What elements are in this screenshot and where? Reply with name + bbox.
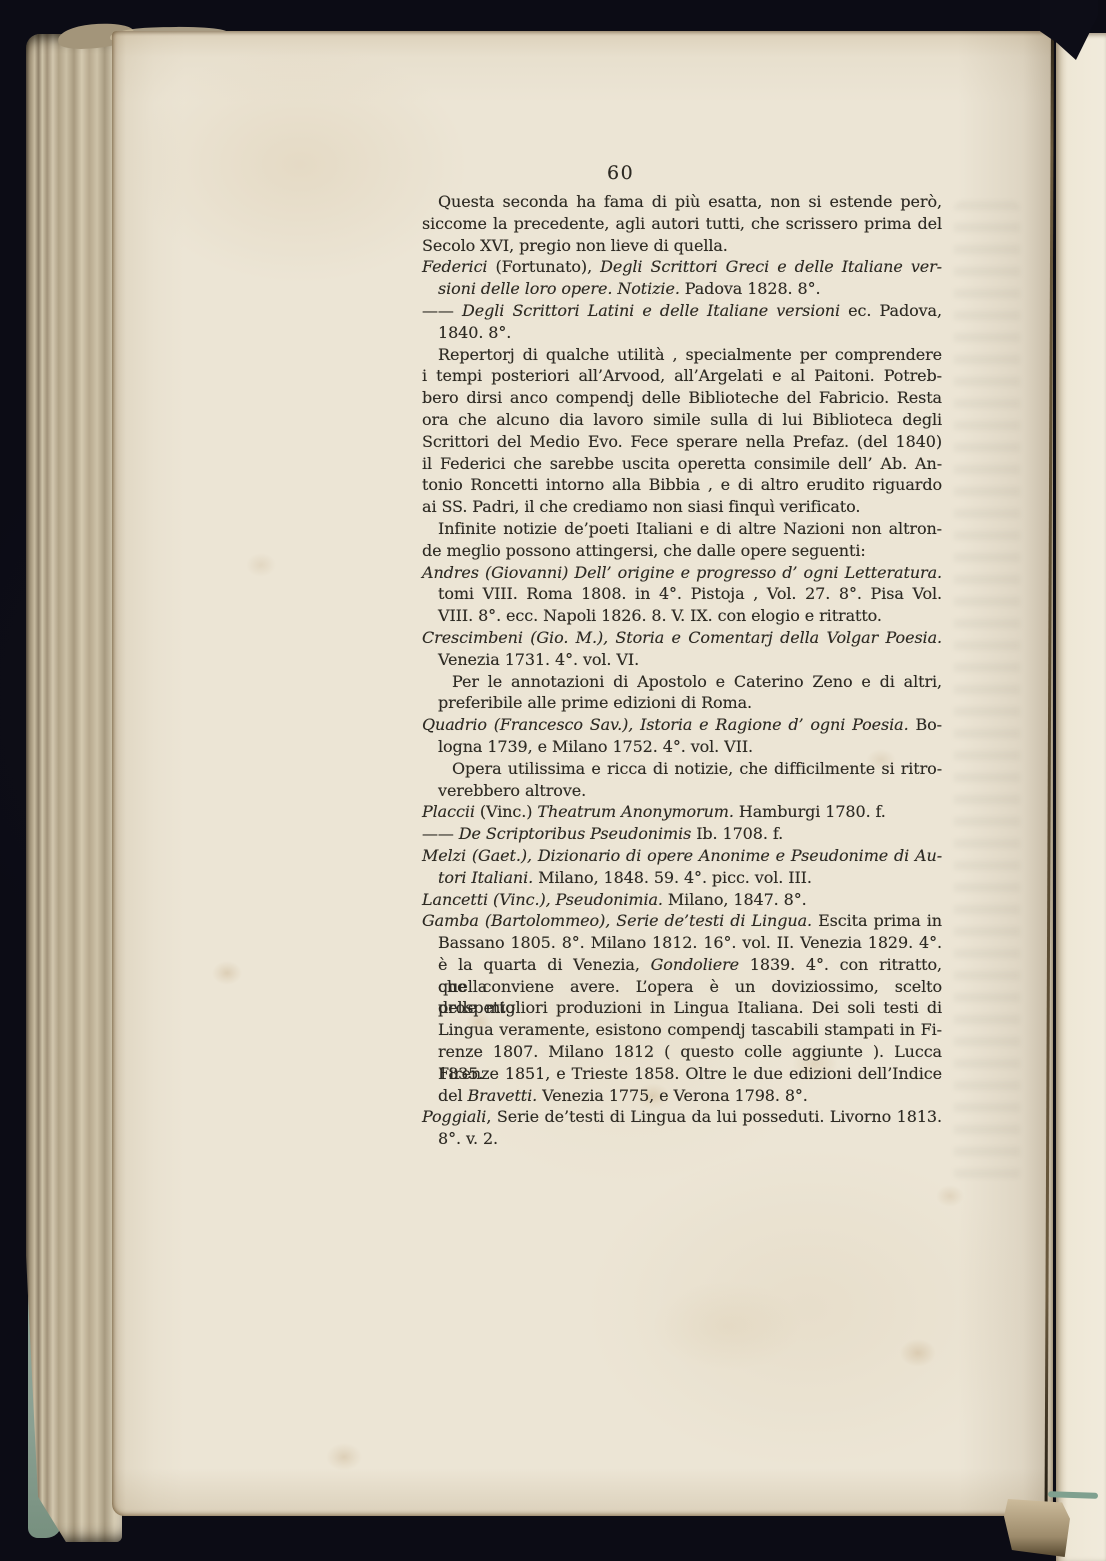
text-run: siccome la precedente, agli autori tutti…: [422, 214, 942, 233]
text-line-2: siccome la precedente, agli autori tutti…: [422, 213, 942, 235]
text-line-40: renze 1807. Milano 1812 ( questo colle a…: [422, 1041, 942, 1063]
text-line-9: i tempi posteriori all’Arvood, all’Argel…: [422, 365, 942, 387]
text-line-24: preferibile alle prime edizioni di Roma.: [422, 692, 942, 714]
text-run: Secolo XVI, pregio non lieve di quella.: [422, 236, 728, 255]
book-scan-background: 60 Questa seconda ha fama di più esatta,…: [0, 0, 1106, 1561]
foxing-stain: [900, 1339, 936, 1367]
text-run: Repertorj di qualche utilità , specialme…: [438, 345, 942, 364]
foxing-stain: [652, 1281, 802, 1371]
text-line-3: Secolo XVI, pregio non lieve di quella.: [422, 235, 942, 257]
text-run: Escita prima in: [812, 911, 942, 930]
text-run: Venezia 1775, e Verona 1798. 8°.: [537, 1086, 808, 1105]
text-line-11: ora che alcuno dia lavoro simile sulla d…: [422, 409, 942, 431]
italic-text-run: Melzi (Gaet.), Dizionario di opere Anoni…: [422, 846, 942, 865]
text-run: (Fortunato),: [487, 257, 600, 276]
italic-text-run: Crescimbeni (Gio. M.), Storia e Comentar…: [422, 628, 942, 647]
text-run: ora che alcuno dia lavoro simile sulla d…: [422, 410, 942, 429]
text-line-14: tonio Roncetti intorno alla Bibbia , e d…: [422, 474, 942, 496]
foxing-stain: [326, 1443, 362, 1471]
text-run: il Federici che sarebbe uscita operetta …: [422, 454, 942, 473]
italic-text-run: Gamba (Bartolommeo), Serie de’testi di L…: [422, 911, 812, 930]
text-run: Milano, 1847. 8°.: [663, 890, 807, 909]
text-line-42: del Bravetti. Venezia 1775, e Verona 179…: [422, 1085, 942, 1107]
text-run: 8°. v. 2.: [438, 1129, 498, 1148]
text-line-41: Firenze 1851, e Trieste 1858. Oltre le d…: [422, 1063, 942, 1085]
text-line-5: sioni delle loro opere. Notizie. Padova …: [422, 278, 942, 300]
page-number: 60: [607, 162, 634, 184]
italic-text-run: tori Italiani.: [438, 868, 533, 887]
show-through-smudge: [954, 201, 1020, 1181]
text-line-25: Quadrio (Francesco Sav.), Istoria e Ragi…: [422, 714, 942, 736]
text-run: VIII. 8°. ecc. Napoli 1826. 8. V. IX. co…: [438, 606, 882, 625]
foxing-stain: [246, 553, 276, 577]
italic-text-run: Lancetti (Vinc.), Pseudonimia.: [422, 890, 663, 909]
text-line-31: Melzi (Gaet.), Dizionario di opere Anoni…: [422, 845, 942, 867]
text-line-1: Questa seconda ha fama di più esatta, no…: [422, 191, 942, 213]
page-text-block: Questa seconda ha fama di più esatta, no…: [422, 191, 942, 1150]
text-run: Venezia 1731. 4°. vol. VI.: [438, 650, 639, 669]
text-line-26: logna 1739, e Milano 1752. 4°. vol. VII.: [422, 736, 942, 758]
text-run: logna 1739, e Milano 1752. 4°. vol. VII.: [438, 737, 753, 756]
text-run: delle migliori produzioni in Lingua Ital…: [438, 998, 942, 1017]
text-run: ai SS. Padri, il che crediamo non siasi …: [422, 497, 860, 516]
text-line-7: 1840. 8°.: [422, 322, 942, 344]
text-line-39: Lingua veramente, esistono compendj tasc…: [422, 1019, 942, 1041]
text-line-37: che conviene avere. L’opera è un dovizio…: [422, 976, 942, 998]
text-line-35: Bassano 1805. 8°. Milano 1812. 16°. vol.…: [422, 932, 942, 954]
text-run: Firenze 1851, e Trieste 1858. Oltre le d…: [438, 1064, 942, 1083]
italic-text-run: Andres (Giovanni) Dell’ origine e progre…: [422, 563, 942, 582]
text-run: ——: [422, 824, 459, 843]
italic-text-run: De Scriptoribus Pseudonimis: [459, 824, 691, 843]
text-run: 1840. 8°.: [438, 323, 511, 342]
foxing-stain: [936, 1185, 964, 1207]
text-line-6: —— Degli Scrittori Latini e delle Italia…: [422, 300, 942, 322]
gutter-bottom-pages: [1004, 1499, 1070, 1557]
text-run: è la quarta di Venezia,: [438, 955, 651, 974]
text-run: Bassano 1805. 8°. Milano 1812. 16°. vol.…: [438, 933, 942, 952]
text-line-36: è la quarta di Venezia, Gondoliere 1839.…: [422, 954, 942, 976]
text-line-12: Scrittori del Medio Evo. Fece sperare ne…: [422, 431, 942, 453]
italic-text-run: Gondoliere: [651, 955, 739, 974]
italic-text-run: sioni delle loro opere. Notizie.: [438, 279, 680, 298]
text-line-10: bero dirsi anco compendj delle Bibliotec…: [422, 387, 942, 409]
text-line-34: Gamba (Bartolommeo), Serie de’testi di L…: [422, 910, 942, 932]
text-line-21: Crescimbeni (Gio. M.), Storia e Comentar…: [422, 627, 942, 649]
text-run: Ib. 1708. f.: [691, 824, 783, 843]
text-line-28: verebbero altrove.: [422, 780, 942, 802]
text-run: Questa seconda ha fama di più esatta, no…: [438, 192, 942, 211]
text-line-27: Opera utilissima e ricca di notizie, che…: [422, 758, 942, 780]
italic-text-run: Degli Scrittori Greci e delle Italiane v…: [600, 257, 942, 276]
text-run: verebbero altrove.: [438, 781, 586, 800]
book-page: 60 Questa seconda ha fama di più esatta,…: [112, 31, 1053, 1516]
text-run: preferibile alle prime edizioni di Roma.: [438, 693, 752, 712]
italic-text-run: Federici: [422, 257, 487, 276]
text-run: tomi VIII. Roma 1808. in 4°. Pistoja , V…: [438, 584, 942, 603]
text-run: de meglio possono attingersi, che dalle …: [422, 541, 866, 560]
text-line-29: Placcii (Vinc.) Theatrum Anonymorum. Ham…: [422, 801, 942, 823]
text-line-18: Andres (Giovanni) Dell’ origine e progre…: [422, 562, 942, 584]
text-line-20: VIII. 8°. ecc. Napoli 1826. 8. V. IX. co…: [422, 605, 942, 627]
italic-text-run: Theatrum Anonymorum.: [537, 802, 733, 821]
text-line-43: Poggiali, Serie de’testi di Lingua da lu…: [422, 1106, 942, 1128]
text-run: Per le annotazioni di Apostolo e Caterin…: [452, 672, 942, 691]
foxing-stain: [212, 961, 242, 985]
text-line-19: tomi VIII. Roma 1808. in 4°. Pistoja , V…: [422, 583, 942, 605]
text-line-4: Federici (Fortunato), Degli Scrittori Gr…: [422, 256, 942, 278]
italic-text-run: Placcii: [422, 802, 475, 821]
text-run: tonio Roncetti intorno alla Bibbia , e d…: [422, 475, 942, 494]
text-line-44: 8°. v. 2.: [422, 1128, 942, 1150]
text-line-15: ai SS. Padri, il che crediamo non siasi …: [422, 496, 942, 518]
text-run: Milano, 1848. 59. 4°. picc. vol. III.: [533, 868, 812, 887]
text-line-38: delle migliori produzioni in Lingua Ital…: [422, 997, 942, 1019]
text-run: del: [438, 1086, 468, 1105]
text-run: bero dirsi anco compendj delle Bibliotec…: [422, 388, 942, 407]
text-line-16: Infinite notizie de’poeti Italiani e di …: [422, 518, 942, 540]
facing-page-sliver: [1056, 33, 1106, 1561]
text-line-33: Lancetti (Vinc.), Pseudonimia. Milano, 1…: [422, 889, 942, 911]
text-run: , Serie de’testi di Lingua da lui possed…: [486, 1107, 942, 1126]
text-line-23: Per le annotazioni di Apostolo e Caterin…: [422, 671, 942, 693]
text-line-17: de meglio possono attingersi, che dalle …: [422, 540, 942, 562]
text-run: ——: [422, 301, 462, 320]
italic-text-run: Quadrio (Francesco Sav.), Istoria e Ragi…: [422, 715, 909, 734]
italic-text-run: Bravetti.: [468, 1086, 538, 1105]
text-run: ec. Padova,: [840, 301, 942, 320]
text-line-30: —— De Scriptoribus Pseudonimis Ib. 1708.…: [422, 823, 942, 845]
text-run: i tempi posteriori all’Arvood, all’Argel…: [422, 366, 942, 385]
text-run: Scrittori del Medio Evo. Fece sperare ne…: [422, 432, 942, 451]
text-line-22: Venezia 1731. 4°. vol. VI.: [422, 649, 942, 671]
text-run: Bo-: [909, 715, 942, 734]
text-run: Infinite notizie de’poeti Italiani e di …: [438, 519, 942, 538]
text-run: (Vinc.): [475, 802, 538, 821]
text-run: Hamburgi 1780. f.: [734, 802, 886, 821]
text-run: Opera utilissima e ricca di notizie, che…: [452, 759, 942, 778]
text-line-32: tori Italiani. Milano, 1848. 59. 4°. pic…: [422, 867, 942, 889]
text-run: Padova 1828. 8°.: [680, 279, 821, 298]
text-line-13: il Federici che sarebbe uscita operetta …: [422, 453, 942, 475]
page-stack-fore-edge: [26, 34, 122, 1542]
italic-text-run: Degli Scrittori Latini e delle Italiane …: [462, 301, 840, 320]
text-run: Lingua veramente, esistono compendj tasc…: [438, 1020, 942, 1039]
italic-text-run: Poggiali: [422, 1107, 486, 1126]
text-line-8: Repertorj di qualche utilità , specialme…: [422, 344, 942, 366]
